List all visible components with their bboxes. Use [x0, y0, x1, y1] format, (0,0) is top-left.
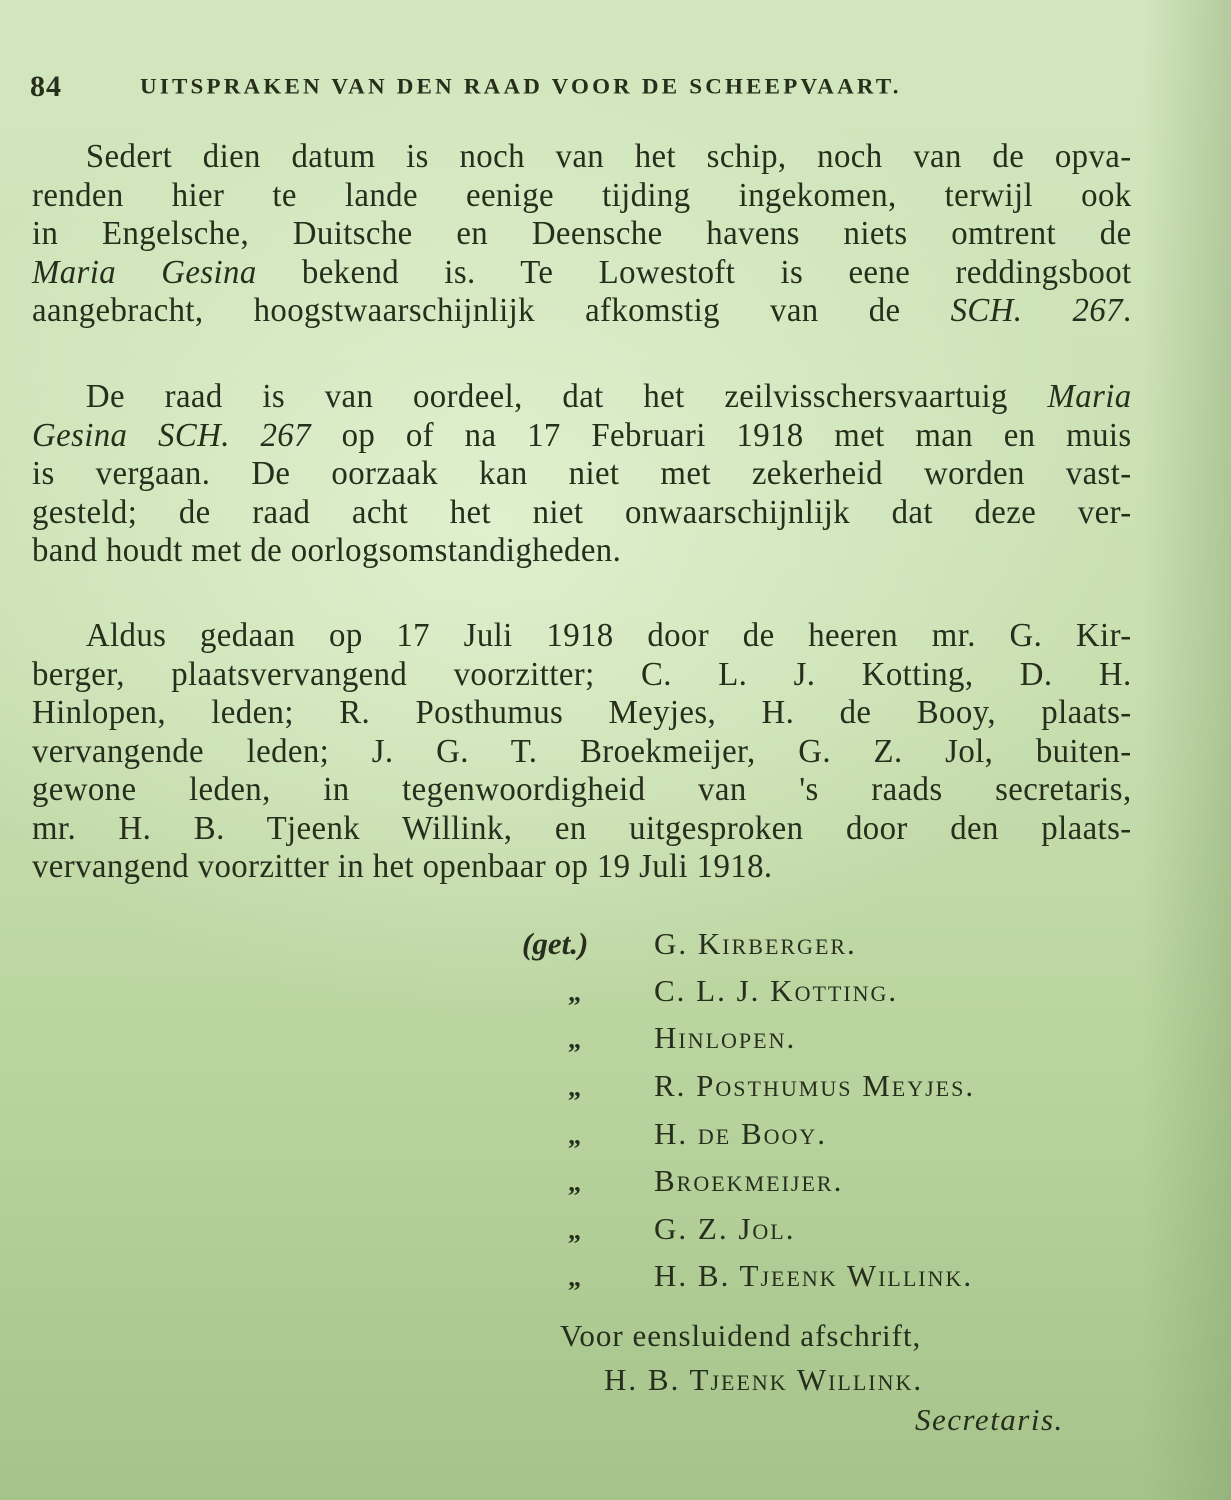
text-line: band houdt met de oorlogsomstandigheden. [32, 532, 1132, 571]
attestation-name: H. B. Tjeenk Willink. [604, 1362, 923, 1398]
ditto-mark: „ [568, 1216, 580, 1246]
attestation-label: Voor eensluidend afschrift, [560, 1318, 921, 1354]
running-header: 84 Uitspraken van den Raad voor de Schee… [30, 70, 1050, 110]
signature-name: Broekmeijer. [654, 1163, 843, 1199]
text-line: mr. H. B. Tjeenk Willink, en uitgesproke… [32, 810, 1132, 849]
ditto-mark: „ [568, 1025, 580, 1055]
ditto-mark: „ [568, 1168, 580, 1198]
text-line: Sedert dien datum is noch van het schip,… [32, 138, 1132, 177]
attestation-role: Secretaris. [915, 1402, 1064, 1438]
ditto-mark: „ [568, 1073, 580, 1103]
signed-label: (get.) [522, 926, 588, 962]
text-line: Maria Gesina bekend is. Te Lowestoft is … [32, 254, 1132, 293]
ditto-mark: „ [568, 1121, 580, 1151]
text-line: Hinlopen, leden; R. Posthumus Meyjes, H.… [32, 694, 1132, 733]
text-line: Gesina SCH. 267 op of na 17 Februari 191… [32, 417, 1132, 456]
text-line: renden hier te lande eenige tijding inge… [32, 177, 1132, 216]
signature-name: Hinlopen. [654, 1020, 796, 1056]
ditto-mark: „ [568, 978, 580, 1008]
text-line: is vergaan. De oorzaak kan niet met zeke… [32, 455, 1132, 494]
ditto-mark: „ [568, 1263, 580, 1293]
ship-registration: SCH. 267 [951, 292, 1123, 329]
text-line: Aldus gedaan op 17 Juli 1918 door de hee… [32, 617, 1132, 656]
paragraph-1: Sedert dien datum is noch van het schip,… [32, 138, 1132, 331]
paragraph-2: De raad is van oordeel, dat het zeilviss… [32, 378, 1132, 571]
signature-name: C. L. J. Kotting. [654, 973, 898, 1009]
ship-name: Maria [1048, 378, 1132, 415]
ship-name-registration: Gesina SCH. 267 [32, 417, 311, 454]
signature-name: H. de Booy. [654, 1116, 827, 1152]
text-line: berger, plaatsvervangend voorzitter; C. … [32, 656, 1132, 695]
running-title: Uitspraken van den Raad voor de Scheepva… [140, 75, 902, 100]
signature-name: G. Kirberger. [654, 926, 857, 962]
text-line: vervangend voorzitter in het openbaar op… [32, 848, 1132, 887]
paragraph-3: Aldus gedaan op 17 Juli 1918 door de hee… [32, 617, 1132, 887]
page-number: 84 [30, 70, 62, 104]
signature-name: H. B. Tjeenk Willink. [654, 1258, 973, 1294]
text-line: aangebracht, hoogstwaarschijnlijk afkoms… [32, 292, 1132, 331]
text-line: De raad is van oordeel, dat het zeilviss… [32, 378, 1132, 417]
text-line: vervangende leden; J. G. T. Broekmeijer,… [32, 733, 1132, 772]
text-line: gewone leden, in tegenwoordigheid van 's… [32, 771, 1132, 810]
page-edge-shadow [1141, 0, 1231, 1500]
signature-name: G. Z. Jol. [654, 1211, 795, 1247]
text-line: gesteld; de raad acht het niet onwaarsch… [32, 494, 1132, 533]
ship-name: Maria Gesina [32, 254, 257, 291]
signature-name: R. Posthumus Meyjes. [654, 1068, 975, 1104]
text-line: in Engelsche, Duitsche en Deensche haven… [32, 215, 1132, 254]
